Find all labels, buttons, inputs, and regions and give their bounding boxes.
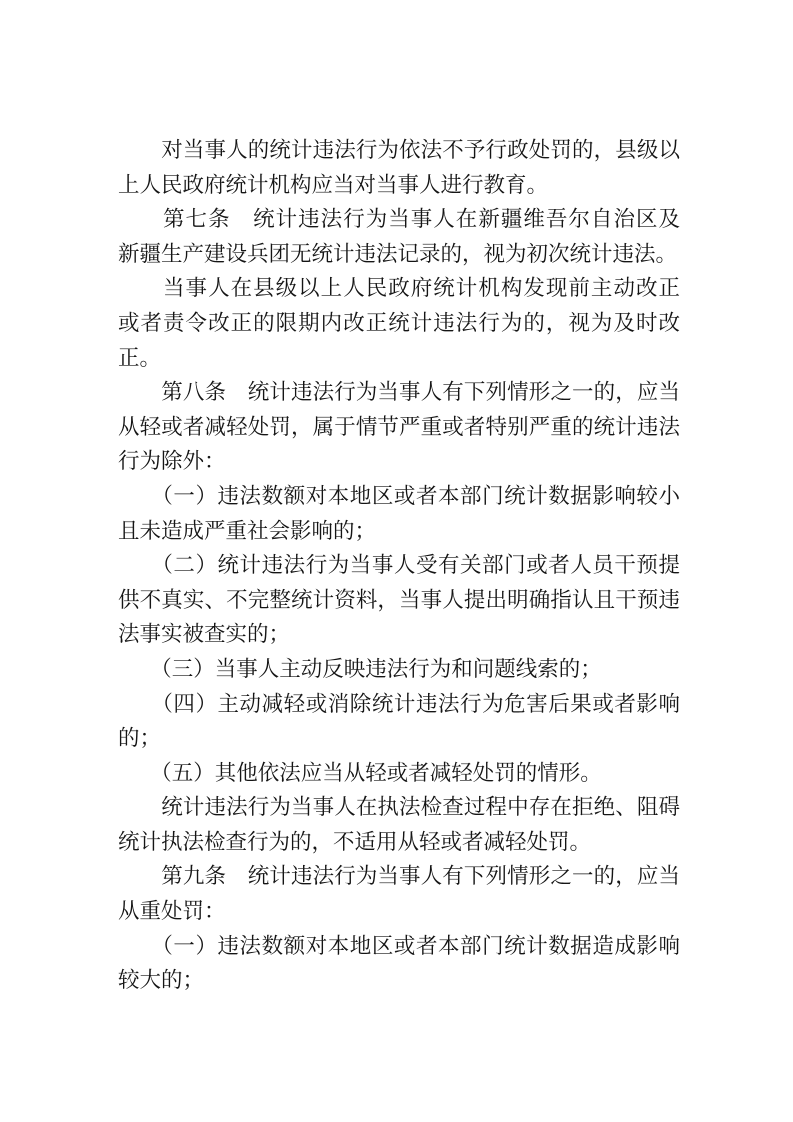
text-line: （二）统计违法行为当事人受有关部门或者人员干预提	[118, 548, 680, 583]
text-line: 或者责令改正的限期内改正统计违法行为的，视为及时改	[118, 306, 680, 341]
text-line: （一）违法数额对本地区或者本部门统计数据影响较小	[118, 479, 680, 514]
text-line: 对当事人的统计违法行为依法不予行政处罚的，县级以	[118, 133, 680, 168]
text-line: 法事实被查实的；	[118, 617, 680, 652]
text-line: 且未造成严重社会影响的；	[118, 514, 680, 549]
text-line: （五）其他依法应当从轻或者减轻处罚的情形。	[118, 756, 680, 791]
text-line: 的；	[118, 721, 680, 756]
text-line: （四）主动减轻或消除统计违法行为危害后果或者影响	[118, 687, 680, 722]
text-line: 从轻或者减轻处罚，属于情节严重或者特别严重的统计违法	[118, 410, 680, 445]
text-line: 第八条 统计违法行为当事人有下列情形之一的，应当	[118, 375, 680, 410]
text-line: 当事人在县级以上人民政府统计机构发现前主动改正	[118, 271, 680, 306]
text-line: 新疆生产建设兵团无统计违法记录的，视为初次统计违法。	[118, 237, 680, 272]
text-line: 统计违法行为当事人在执法检查过程中存在拒绝、阻碍	[118, 790, 680, 825]
text-line: 正。	[118, 341, 680, 376]
document-page: 对当事人的统计违法行为依法不予行政处罚的，县级以 上人民政府统计机构应当对当事人…	[0, 0, 793, 1122]
text-line: （一）违法数额对本地区或者本部门统计数据造成影响	[118, 929, 680, 964]
text-line: 行为除外：	[118, 444, 680, 479]
text-line: （三）当事人主动反映违法行为和问题线索的；	[118, 652, 680, 687]
document-body: 对当事人的统计违法行为依法不予行政处罚的，县级以 上人民政府统计机构应当对当事人…	[118, 133, 680, 998]
text-line: 上人民政府统计机构应当对当事人进行教育。	[118, 168, 680, 203]
text-line: 供不真实、不完整统计资料，当事人提出明确指认且干预违	[118, 583, 680, 618]
text-line: 从重处罚：	[118, 894, 680, 929]
text-line: 较大的；	[118, 963, 680, 998]
text-line: 统计执法检查行为的，不适用从轻或者减轻处罚。	[118, 825, 680, 860]
text-line: 第九条 统计违法行为当事人有下列情形之一的，应当	[118, 859, 680, 894]
text-line: 第七条 统计违法行为当事人在新疆维吾尔自治区及	[118, 202, 680, 237]
